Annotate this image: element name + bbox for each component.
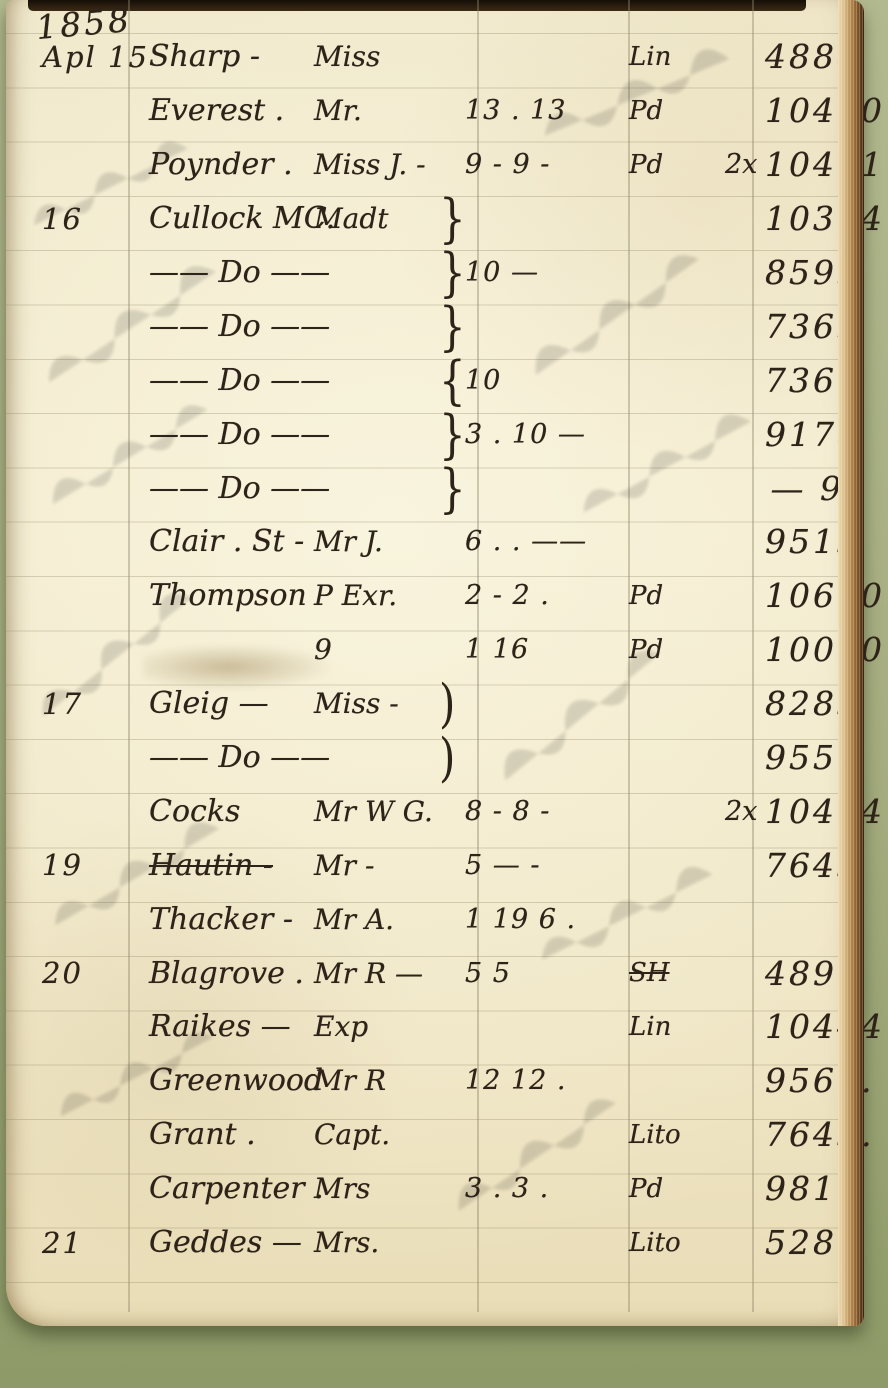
ledger-entries: Apl 15 Sharp - Miss Lin 4888 Everest . M… <box>6 30 852 1269</box>
entry-status-mark: Lin <box>615 1012 725 1042</box>
entry-date: Apl 15 <box>6 40 131 74</box>
entry-amount: 1 19 6 . <box>465 904 615 935</box>
grouping-bracket: } <box>439 188 465 249</box>
photo-background: 1858 Apl 15 Sharp - Miss Lin 4888 Everes… <box>0 0 888 1388</box>
entry-status-mark: SH <box>615 958 725 988</box>
entry-status-mark: Lito <box>615 1228 725 1258</box>
ledger-row: Thompson P Exr. 2 - 2 . Pd 10610. <box>6 569 852 623</box>
entry-ledger-number: 10304 <box>765 199 888 238</box>
entry-name: Blagrove . <box>149 956 314 991</box>
ledger-row: —— Do —— } 3 . 10 — 9178 <box>6 407 852 461</box>
grouping-bracket: } <box>439 296 465 357</box>
entry-name: Everest . <box>149 93 314 128</box>
entry-date: 20 <box>6 956 131 990</box>
entry-title: Mr R — <box>314 957 439 990</box>
entry-title: Mr J. <box>314 525 439 558</box>
entry-name: Thacker - <box>149 902 314 937</box>
entry-name: Hautin - <box>149 848 314 883</box>
ledger-row: Grant . Capt. Lito 7643. <box>6 1108 852 1162</box>
entry-name: Carpenter . <box>149 1171 314 1206</box>
entry-title: Mrs <box>314 1172 439 1205</box>
entry-ledger-number: 7643. <box>765 1115 882 1154</box>
entry-amount: 1 16 <box>465 634 615 665</box>
ledger-row: Cocks Mr W G. 8 - 8 - 2x 10464 <box>6 784 852 838</box>
entry-title: Mr W G. <box>314 795 439 828</box>
entry-amount: 10 <box>465 365 615 396</box>
entry-name: Poynder . <box>149 147 314 182</box>
ledger-row: Apl 15 Sharp - Miss Lin 4888 <box>6 30 852 84</box>
grouping-bracket: ) <box>439 673 465 734</box>
entry-ledger-number: 9561. <box>765 1061 882 1100</box>
entry-ledger-number: 10610. <box>765 576 888 615</box>
ledger-row: —— Do —— ) 9559 <box>6 731 852 785</box>
ledger-row: —— Do —— { 10 7367 <box>6 353 852 407</box>
entry-name: Clair . St - <box>149 524 314 559</box>
entry-name: —— Do —— <box>149 417 314 452</box>
entry-date: 21 <box>6 1226 131 1260</box>
entry-ledger-number: 10470 <box>765 91 888 130</box>
entry-title: Madt <box>314 202 439 235</box>
entry-check-mark: 2x <box>725 796 765 827</box>
entry-name: Greenwood <box>149 1063 314 1098</box>
entry-amount: 6 . . —— <box>465 526 615 557</box>
entry-status-mark: Lito <box>615 1120 725 1150</box>
entry-name: Gleig — <box>149 686 314 721</box>
grouping-bracket: } <box>439 404 465 465</box>
ledger-row: 21 Geddes — Mrs. Lito 528. <box>6 1216 852 1270</box>
ledger-row: Everest . Mr. 13 . 13 Pd 10470 <box>6 84 852 138</box>
entry-name: Grant . <box>149 1117 314 1152</box>
entry-amount: 5 5 <box>465 958 615 989</box>
entry-name: —— Do —— <box>149 255 314 290</box>
entry-status-mark: Pd <box>615 150 725 180</box>
entry-name: Thompson <box>149 578 314 613</box>
entry-name: —— Do —— <box>149 309 314 344</box>
ledger-row: 20 Blagrove . Mr R — 5 5 SH 4897 <box>6 946 852 1000</box>
grouping-bracket: } <box>439 242 465 303</box>
entry-date: 19 <box>6 848 131 882</box>
entry-name: Cullock MC. <box>149 201 314 236</box>
entry-ledger-number: 10444. <box>765 1007 888 1046</box>
entry-amount: 12 12 . <box>465 1065 615 1096</box>
ledger-row: 16 Cullock MC. Madt } 10304 <box>6 192 852 246</box>
entry-title: P Exr. <box>314 579 439 612</box>
entry-amount: 10 — <box>465 257 615 288</box>
entry-title: Mr - <box>314 849 439 882</box>
ledger-row: 17 Gleig — Miss - ) 8283 <box>6 677 852 731</box>
ledger-row: Raikes — Exp Lin 10444. <box>6 1000 852 1054</box>
entry-amount: 13 . 13 <box>465 95 615 126</box>
entry-title: Mr. <box>314 94 439 127</box>
ledger-row: —— Do —— } 10 — 8595 <box>6 246 852 300</box>
ledger-row: Clair . St - Mr J. 6 . . —— 9513 <box>6 515 852 569</box>
entry-status-mark: Lin <box>615 42 725 72</box>
entry-title: Miss <box>314 40 439 73</box>
entry-name: —— Do —— <box>149 363 314 398</box>
entry-amount: 2 - 2 . <box>465 580 615 611</box>
entry-date: 16 <box>6 202 131 236</box>
entry-title: Miss - <box>314 687 439 720</box>
entry-amount: 8 - 8 - <box>465 796 615 827</box>
entry-amount: 3 . 10 — <box>465 419 615 450</box>
entry-status-mark: Pd <box>615 635 725 665</box>
entry-title: Mr A. <box>314 903 439 936</box>
entry-title: Miss J. - <box>314 148 439 181</box>
entry-status-mark: Pd <box>615 581 725 611</box>
entry-ledger-number: 10471. <box>765 145 888 184</box>
entry-title: Exp <box>314 1010 439 1043</box>
ledger-row: Greenwood Mr R 12 12 . 9561. <box>6 1054 852 1108</box>
ledger-row: 19 Hautin - Mr - 5 — - 7643 <box>6 838 852 892</box>
entry-name: Sharp - <box>149 39 314 74</box>
entry-status-mark: Pd <box>615 1174 725 1204</box>
grouping-bracket: ) <box>439 727 465 788</box>
ledger-row: —— Do —— } 7365 <box>6 299 852 353</box>
entry-check-mark: 2x <box>725 149 765 180</box>
grouping-bracket: { <box>439 350 465 411</box>
ledger-page: 1858 Apl 15 Sharp - Miss Lin 4888 Everes… <box>6 0 864 1326</box>
entry-ledger-number: 10070 <box>765 630 888 669</box>
ledger-row: Carpenter . Mrs 3 . 3 . Pd 9819 <box>6 1162 852 1216</box>
entry-name: —— Do —— <box>149 471 314 506</box>
entry-title: Mr R <box>314 1064 439 1097</box>
entry-amount: 5 — - <box>465 850 615 881</box>
entry-name: Geddes — <box>149 1225 314 1260</box>
entry-name: —— Do —— <box>149 740 314 775</box>
entry-amount: 9 - 9 - <box>465 149 615 180</box>
entry-title: Mrs. <box>314 1226 439 1259</box>
entry-name: Raikes — <box>149 1009 314 1044</box>
entry-ledger-number: 10464 <box>765 792 888 831</box>
entry-date: 17 <box>6 687 131 721</box>
entry-status-mark: Pd <box>615 96 725 126</box>
entry-title: Capt. <box>314 1118 439 1151</box>
ledger-row: Thacker - Mr A. 1 19 6 . <box>6 892 852 946</box>
page-edge-stack <box>838 0 864 1326</box>
ledger-row: Poynder . Miss J. - 9 - 9 - Pd 2x 10471. <box>6 138 852 192</box>
ledger-row: 9 1 16 Pd 10070 <box>6 623 852 677</box>
entry-amount: 3 . 3 . <box>465 1173 615 1204</box>
grouping-bracket: } <box>439 457 465 518</box>
book-top-edge <box>28 0 806 11</box>
ledger-row: —— Do —— } — 9 <box>6 461 852 515</box>
entry-name: Cocks <box>149 794 314 829</box>
